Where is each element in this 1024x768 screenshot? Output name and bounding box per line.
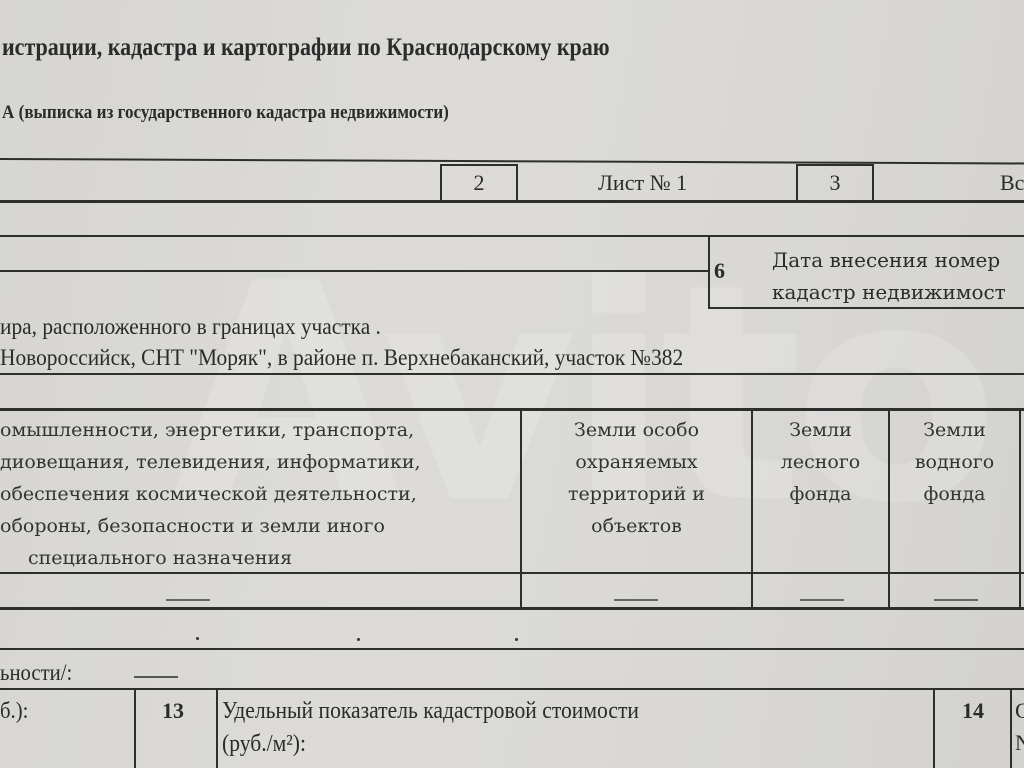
sheet-cell-3: 3 [796,164,874,202]
sheet-number-label: Лист № 1 [598,170,687,196]
header-line: охраняемых [522,446,751,478]
field-14-label-partial: N [1015,730,1024,756]
value-forest-fund [800,599,844,601]
permitted-use-label: ьности/: [0,660,72,686]
field-6-border [708,237,710,309]
field-13-number: 13 [162,698,184,724]
header-line: водного [890,446,1019,478]
sheet-cell-2-value: 2 [474,170,485,195]
cell-border [1010,690,1012,768]
field-13-label-line1: Удельный показатель кадастровой стоимост… [222,698,639,725]
header-protected-territories: Земли особо охраняемых территорий и объе… [522,414,751,542]
sheet-cell-3-value: 3 [830,170,841,195]
field-6-label-line1: Дата внесения номер [772,248,1000,272]
divider [708,307,1024,309]
permitted-use-value [134,676,178,678]
header-line: Земли [890,414,1019,446]
field-14-number: 14 [962,698,984,724]
header-line: специального назначения [0,542,421,574]
sheet-cell-2: 2 [440,164,518,202]
table-bottom-border [0,607,1024,610]
value-protected-territories [614,599,658,601]
header-line: обороны, безопасности и земли иного [0,510,421,542]
divider [0,235,1024,237]
dot-mark [515,638,518,641]
form-title: А (выписка из государственного кадастра … [2,102,449,124]
divider [0,270,710,272]
header-line: Земли особо [522,414,751,446]
header-line: омышленности, энергетики, транспорта, [0,414,421,446]
header-water-fund: Земли водного фонда [890,414,1019,510]
field-6-number: 6 [714,258,725,284]
divider [0,688,1024,690]
header-line: объектов [522,510,751,542]
field-13-label-line2: (руб./м²): [222,731,306,758]
field-6-label-line2: кадастр недвижимост [772,280,1006,304]
location-address: Новороссийск, СНТ "Моряк", в районе п. В… [0,345,683,371]
value-water-fund [934,599,978,601]
header-line: территорий и [522,478,751,510]
divider [0,648,1024,650]
cell-border [933,690,935,768]
cell-border [216,690,218,768]
header-line: лесного [753,446,888,478]
dot-mark [357,638,360,641]
field-14-label-partial: С [1015,698,1024,724]
header-line: Земли [753,414,888,446]
total-sheets-label: Вс [1000,170,1024,196]
header-line: диовещания, телевидения, информатики, [0,446,421,478]
header-forest-fund: Земли лесного фонда [753,414,888,510]
dot-mark [196,637,199,640]
value-industry-land [166,599,210,601]
header-line: обеспечения космической деятельности, [0,478,421,510]
table-column-border [1019,410,1021,608]
cadastral-cost-label: б.): [0,698,28,724]
location-description: ира, расположенного в границах участка . [0,314,381,340]
header-industry-land: омышленности, энергетики, транспорта, ди… [0,414,421,574]
header-line: фонда [753,478,888,510]
header-line: фонда [890,478,1019,510]
authority-title: истрации, кадастра и картографии по Крас… [2,34,610,62]
address-underline [0,373,1024,375]
cell-border [134,690,136,768]
table-top-border [0,408,1024,411]
